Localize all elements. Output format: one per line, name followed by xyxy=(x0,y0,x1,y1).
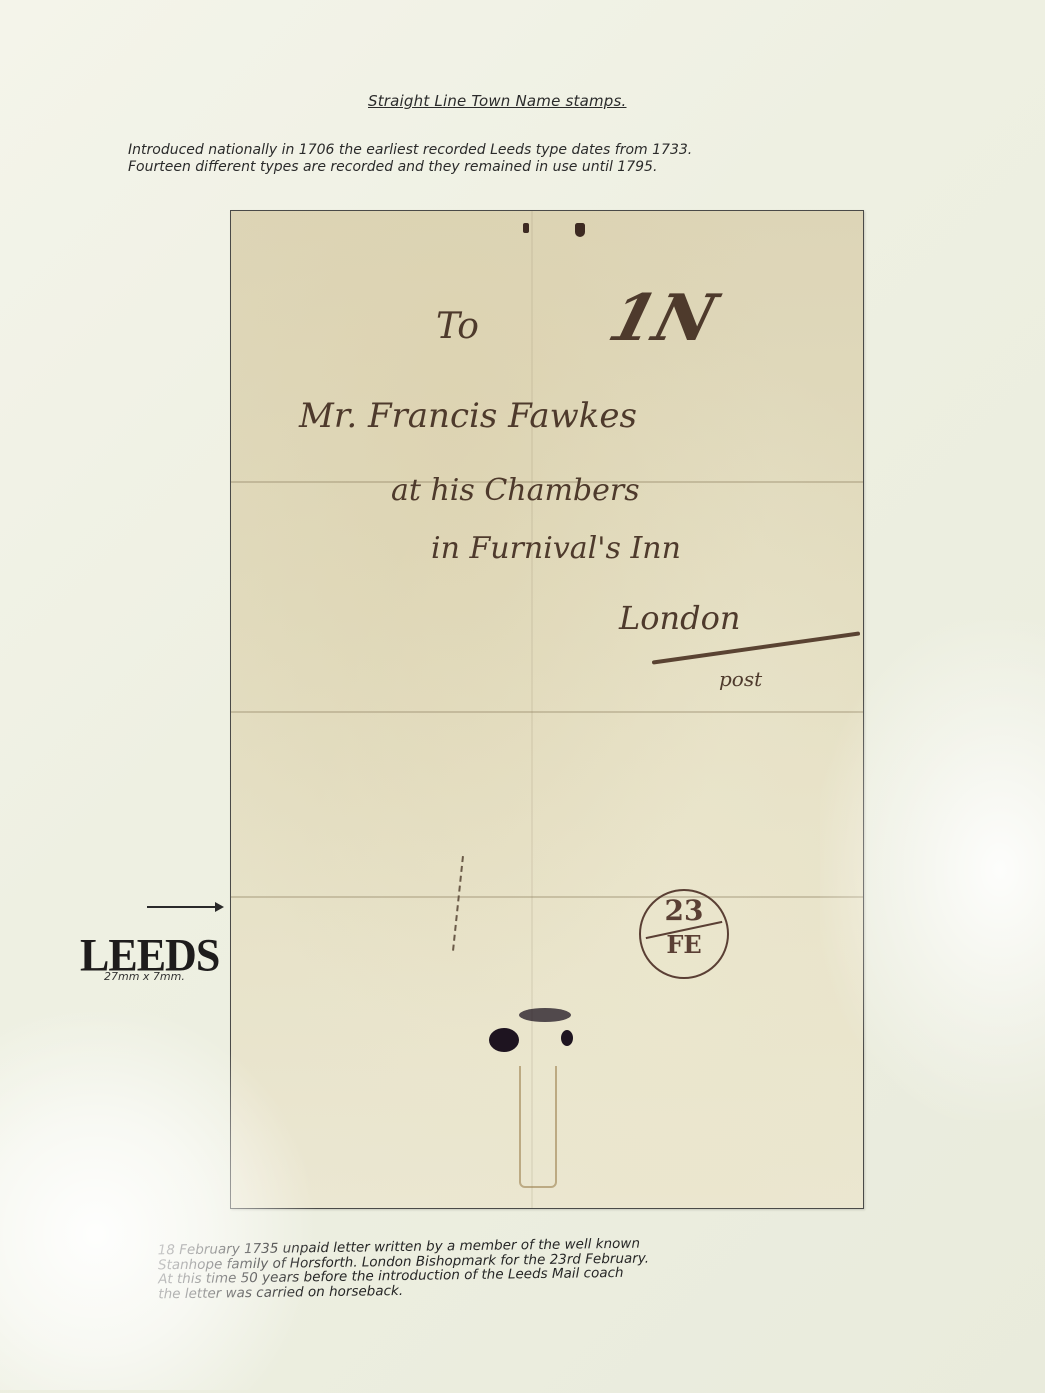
ink-mark xyxy=(575,223,585,237)
fold-line xyxy=(231,711,863,713)
ink-mark xyxy=(523,223,529,233)
page-heading: Straight Line Town Name stamps. xyxy=(368,92,627,110)
arrow-icon xyxy=(147,906,219,908)
intro-line: Introduced nationally in 1706 the earlie… xyxy=(128,142,988,159)
arrow-head-icon xyxy=(215,902,224,912)
wax-fragment xyxy=(561,1030,573,1046)
wax-fragment xyxy=(489,1028,519,1052)
address-name: Mr. Francis Fawkes xyxy=(299,396,637,436)
leeds-stamp-impression xyxy=(452,856,467,951)
intro-line: Fourteen different types are recorded an… xyxy=(128,159,988,176)
intro-text: Introduced nationally in 1706 the earlie… xyxy=(128,142,988,176)
address-to: To xyxy=(436,306,479,347)
fold-line xyxy=(231,896,863,898)
address-line-3: in Furnival's Inn xyxy=(431,531,681,566)
postage-charge: 1N xyxy=(601,281,724,356)
address-line-2: at his Chambers xyxy=(391,473,640,508)
letter-cover: To 1N Mr. Francis Fawkes at his Chambers… xyxy=(230,210,864,1209)
bishop-mark: 23 FE xyxy=(639,889,729,979)
stamp-size-label: 27mm x 7mm. xyxy=(104,970,185,983)
seal-impression xyxy=(519,1066,557,1188)
wax-fragment xyxy=(519,1008,571,1022)
address-city: London xyxy=(619,599,740,637)
wax-seal xyxy=(489,1006,579,1086)
bishop-mark-month: FE xyxy=(641,931,727,959)
address-post: post xyxy=(719,667,762,691)
caption-text: 18 February 1735 unpaid letter written b… xyxy=(158,1233,929,1302)
